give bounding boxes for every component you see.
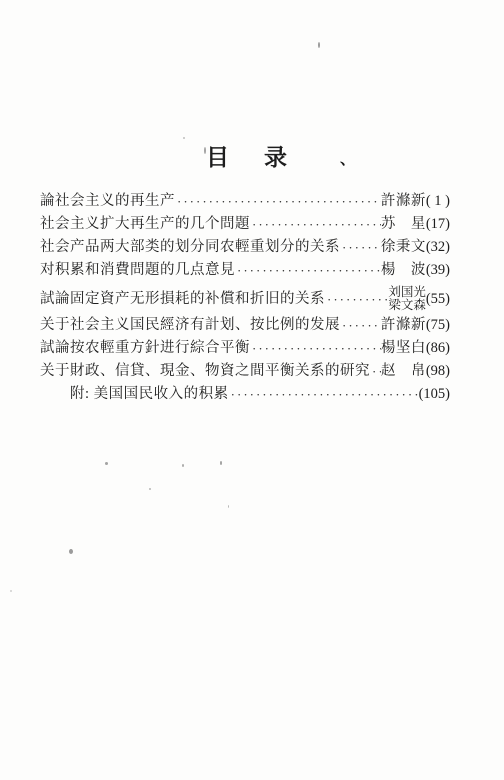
scan-speck: [69, 549, 73, 554]
toc-entry: 社会主义扩大再生产的几个問題··························…: [40, 216, 450, 233]
entry-page-number: (105): [419, 386, 450, 403]
entry-author: 許滌新: [381, 193, 426, 210]
entry-page-number: (86): [426, 340, 450, 357]
entry-author: 赵 帛: [381, 363, 426, 380]
entry-title: 論社会主义的再生产: [40, 193, 175, 210]
entry-author: 徐秉文: [381, 239, 426, 256]
dot-leader: ········································…: [175, 193, 381, 210]
entry-title: 試論固定資产无形損耗的补償和折旧的关系: [40, 291, 325, 308]
toc-entry: 关于財政、信貸、現金、物資之間平衡关系的研究··················…: [40, 363, 450, 380]
toc-list: 論社会主义的再生产·······························…: [40, 193, 450, 403]
page-title: 目 录: [206, 146, 450, 170]
scan-speck: [204, 147, 206, 154]
dot-leader: ········································…: [250, 340, 381, 357]
scan-speck: [228, 505, 229, 508]
toc-entry: 社会产品两大部类的划分同农輕重划分的关系····················…: [40, 239, 450, 256]
scan-speck: [318, 42, 320, 48]
toc-entry: 試論固定資产无形損耗的补償和折旧的关系·····················…: [40, 285, 450, 313]
entry-page-number: (17): [426, 216, 450, 233]
dot-leader: ········································…: [340, 317, 381, 334]
entry-title: 关于社会主义国民經济有計划、按比例的发展: [40, 317, 340, 334]
toc-entry: 关于社会主义国民經济有計划、按比例的发展····················…: [40, 317, 450, 334]
dot-leader: ········································…: [370, 363, 381, 380]
entry-title: 关于財政、信貸、現金、物資之間平衡关系的研究: [40, 363, 370, 380]
entry-title: 社会产品两大部类的划分同农輕重划分的关系: [40, 239, 340, 256]
entry-author: 苏 星: [381, 216, 426, 233]
scan-speck: [220, 461, 222, 465]
entry-author: 許滌新: [381, 317, 426, 334]
entry-title: 試論按农輕重方針进行綜合平衡: [40, 340, 250, 357]
entry-author: 楊 波: [381, 262, 426, 279]
entry-page-number: ( 1 ): [426, 193, 450, 210]
entry-title: 社会主义扩大再生产的几个問題: [40, 216, 250, 233]
ink-mark: 、: [340, 148, 355, 169]
dot-leader: ········································…: [235, 262, 381, 279]
dot-leader: ········································…: [229, 386, 419, 403]
entry-page-number: (39): [426, 262, 450, 279]
entry-author: 梁文森: [388, 299, 426, 312]
entry-page-number: (75): [426, 317, 450, 334]
scan-speck: [182, 464, 184, 467]
scan-speck: [105, 462, 108, 465]
toc-entry: 对积累和消費問題的几点意見···························…: [40, 262, 450, 279]
toc-entry: 試論按农輕重方針进行綜合平衡··························…: [40, 340, 450, 357]
toc-entry: 論社会主义的再生产·······························…: [40, 193, 450, 210]
page-content: 目 录 論社会主义的再生产···························…: [40, 146, 450, 409]
entry-page-number: (55): [426, 291, 450, 308]
toc-entry: 附: 美国国民收入的积累····························…: [40, 386, 450, 403]
entry-page-number: (98): [426, 363, 450, 380]
dot-leader: ········································…: [325, 291, 388, 308]
entry-title: 附: 美国国民收入的积累: [70, 386, 229, 403]
entry-page-number: (32): [426, 239, 450, 256]
scan-speck: [183, 137, 185, 139]
scan-speck: [149, 488, 151, 490]
entry-authors: 刘国光梁文森: [388, 286, 426, 312]
scan-speck: [10, 590, 12, 592]
dot-leader: ········································…: [340, 239, 381, 256]
dot-leader: ········································…: [250, 216, 381, 233]
entry-title: 对积累和消費問題的几点意見: [40, 262, 235, 279]
entry-author: 楊坚白: [381, 340, 426, 357]
scanned-toc-page: 目 录 論社会主义的再生产···························…: [0, 0, 504, 780]
